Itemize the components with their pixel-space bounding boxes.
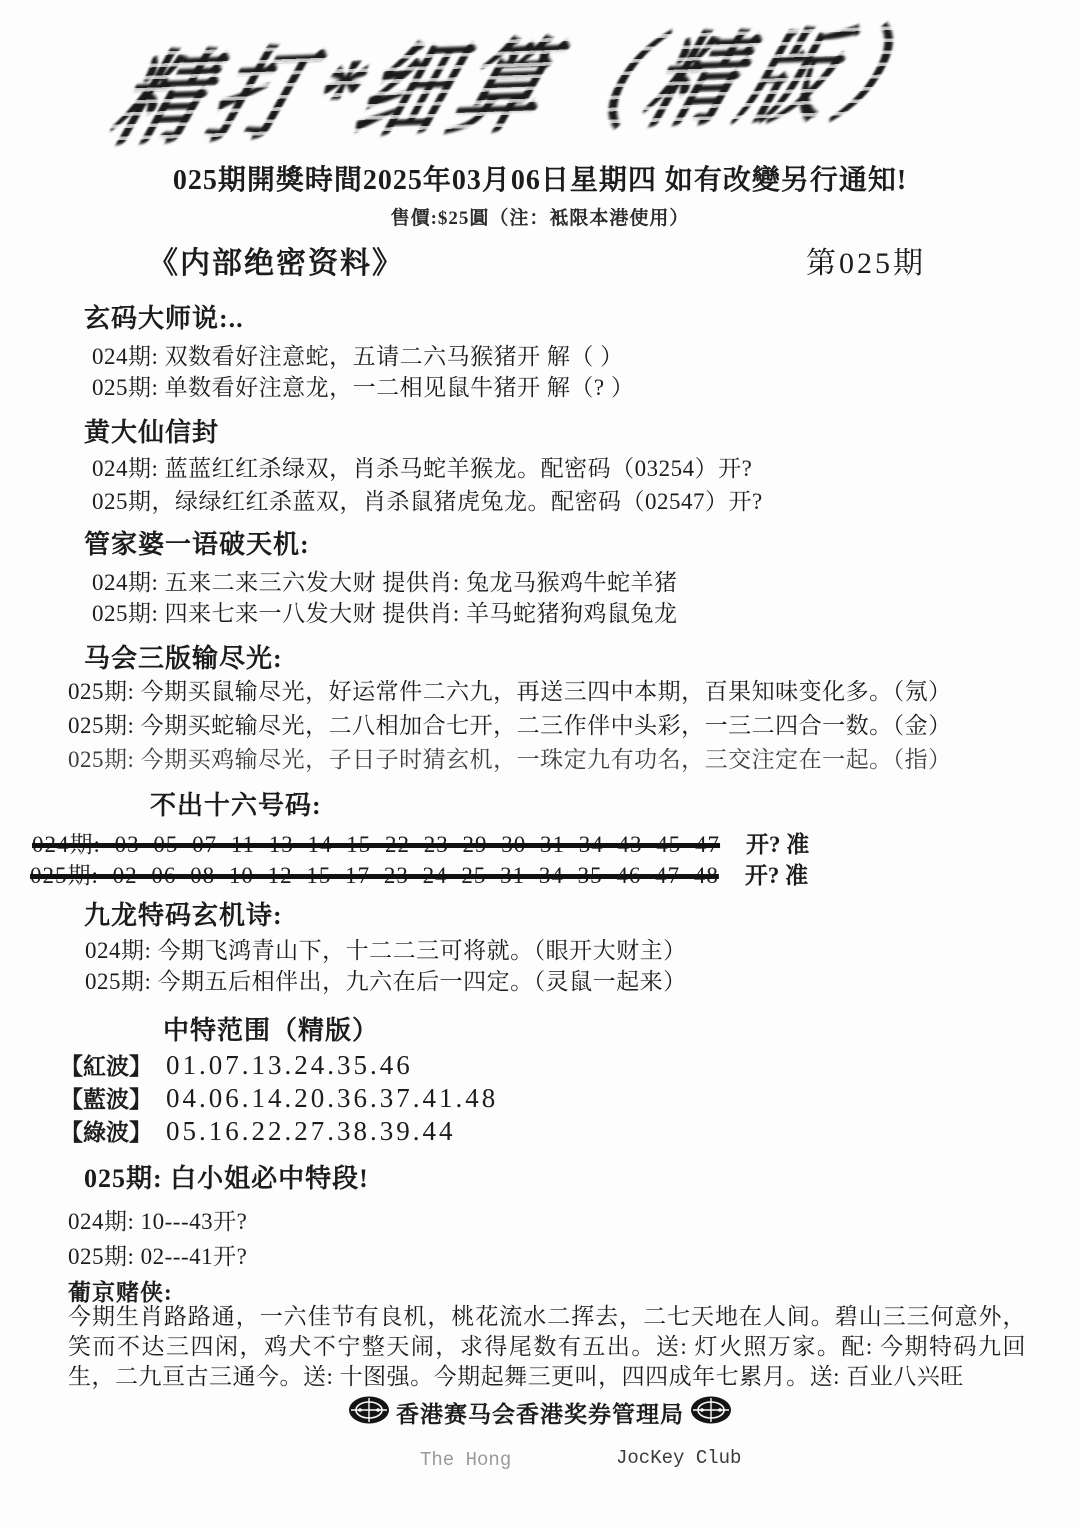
guanjiapo-line-025: 025期: 四来七来一八发大财 提供肖: 羊马蛇猪狗鸡鼠兔龙	[92, 595, 678, 628]
mahui-line-1: 025期: 今期买鼠输尽光，好运常件二六九，再送三四中本期，百果知味变化多。（氖…	[68, 673, 952, 706]
section-heading-baixiaojie: 025期: 白小姐必中特段!	[84, 1158, 369, 1195]
footer-english-left: The Hong	[420, 1449, 511, 1471]
mahui-line-3: 025期: 今期买鸡输尽光，子日子时猜玄机，一珠定九有功名，三交注定在一起。（指…	[68, 741, 952, 774]
jiulong-line-024: 024期: 今期飞鸿青山下，十二二三可将就。（眼开大财主）	[85, 932, 687, 965]
blue-wave-numbers: 04.06.14.20.36.37.41.48	[166, 1083, 498, 1114]
section-heading-jiulong: 九龙特码玄机诗:	[84, 895, 283, 932]
excluded-numbers-row-024: 024期: 03 05 07 11 13 14 15 22 23 29 30 3…	[32, 826, 809, 859]
section-heading-guanjiapo: 管家婆一语破天机:	[84, 524, 310, 561]
doc-title: 《内部绝密资料》	[148, 238, 404, 282]
wave-row-blue: 【藍波】 04.06.14.20.36.37.41.48	[60, 1081, 498, 1114]
price-note: 售價:$25圓（注：袛限本港使用）	[0, 203, 1080, 230]
wave-row-red: 【紅波】 01.07.13.24.35.46	[60, 1048, 413, 1081]
section-heading-mahui: 马会三版输尽光:	[84, 638, 283, 675]
baixiaojie-line-025: 025期: 02---41开?	[68, 1238, 247, 1271]
footer-organization-name: 香港赛马会香港奖券管理局	[396, 1396, 684, 1429]
red-wave-label: 【紅波】	[60, 1048, 152, 1081]
hkjc-emblem-icon	[689, 1394, 733, 1431]
green-wave-label: 【綠波】	[60, 1114, 152, 1147]
masthead-title-text: 精打*细算（精版）	[88, 0, 992, 166]
excluded-numbers-suffix-024: 开? 准	[746, 832, 809, 857]
masthead-calligraphy: 精打*细算（精版）	[0, 18, 1080, 139]
baixiaojie-line-024: 024期: 10---43开?	[68, 1203, 247, 1236]
blue-wave-label: 【藍波】	[60, 1081, 152, 1114]
excluded-numbers-row-025: 025期: 02 06 08 10 12 15 17 23 24 25 31 3…	[30, 857, 808, 890]
excluded-numbers-struck-024: 024期: 03 05 07 11 13 14 15 22 23 29 30 3…	[32, 832, 720, 857]
issue-number: 第025期	[806, 238, 926, 282]
section-heading-buchu: 不出十六号码:	[150, 785, 322, 822]
footer-english-right: JocKey Club	[616, 1447, 741, 1469]
footer-org-row: 香港赛马会香港奖券管理局	[0, 1394, 1080, 1431]
draw-date-line: 025期開獎時間2025年03月06日星期四 如有改變另行通知!	[0, 158, 1080, 198]
green-wave-numbers: 05.16.22.27.38.39.44	[166, 1116, 456, 1147]
huangdaxian-line-025: 025期，绿绿红红杀蓝双，肖杀鼠猪虎兔龙。配密码（02547）开?	[92, 483, 763, 516]
excluded-numbers-struck-025: 025期: 02 06 08 10 12 15 17 23 24 25 31 3…	[30, 863, 719, 888]
excluded-numbers-suffix-025: 开? 准	[745, 863, 808, 888]
section-heading-zhongte: 中特范围（精版）	[163, 1010, 379, 1047]
hkjc-emblem-icon	[347, 1394, 391, 1431]
guanjiapo-line-024: 024期: 五来二来三六发大财 提供肖: 兔龙马猴鸡牛蛇羊猪	[92, 564, 678, 597]
mahui-line-2: 025期: 今期买蛇输尽光，二八相加合七开，二三作伴中头彩，一三二四合一数。（金…	[68, 707, 952, 740]
huangdaxian-line-024: 024期: 蓝蓝红红杀绿双，肖杀马蛇羊猴龙。配密码（03254）开?	[92, 450, 752, 483]
red-wave-numbers: 01.07.13.24.35.46	[166, 1050, 413, 1081]
pujing-verse-paragraph: 今期生肖路路通，一六佳节有良机，桃花流水二挥去，二七天地在人间。碧山三三何意外，…	[68, 1302, 1026, 1392]
jiulong-line-025: 025期: 今期五后相伴出，九六在后一四定。（灵鼠一起来）	[85, 963, 687, 996]
wave-row-green: 【綠波】 05.16.22.27.38.39.44	[60, 1114, 456, 1147]
section-heading-xuanma: 玄码大师说:..	[84, 298, 244, 335]
lottery-tip-sheet-page: 精打*细算（精版） 025期開獎時間2025年03月06日星期四 如有改變另行通…	[0, 0, 1080, 1527]
xuanma-line-024: 024期: 双数看好注意蛇，五请二六马猴猪开 解（ ）	[92, 338, 624, 371]
section-heading-huangdaxian: 黄大仙信封	[84, 412, 219, 449]
xuanma-line-025: 025期: 单数看好注意龙，一二相见鼠牛猪开 解（? ）	[92, 369, 634, 402]
